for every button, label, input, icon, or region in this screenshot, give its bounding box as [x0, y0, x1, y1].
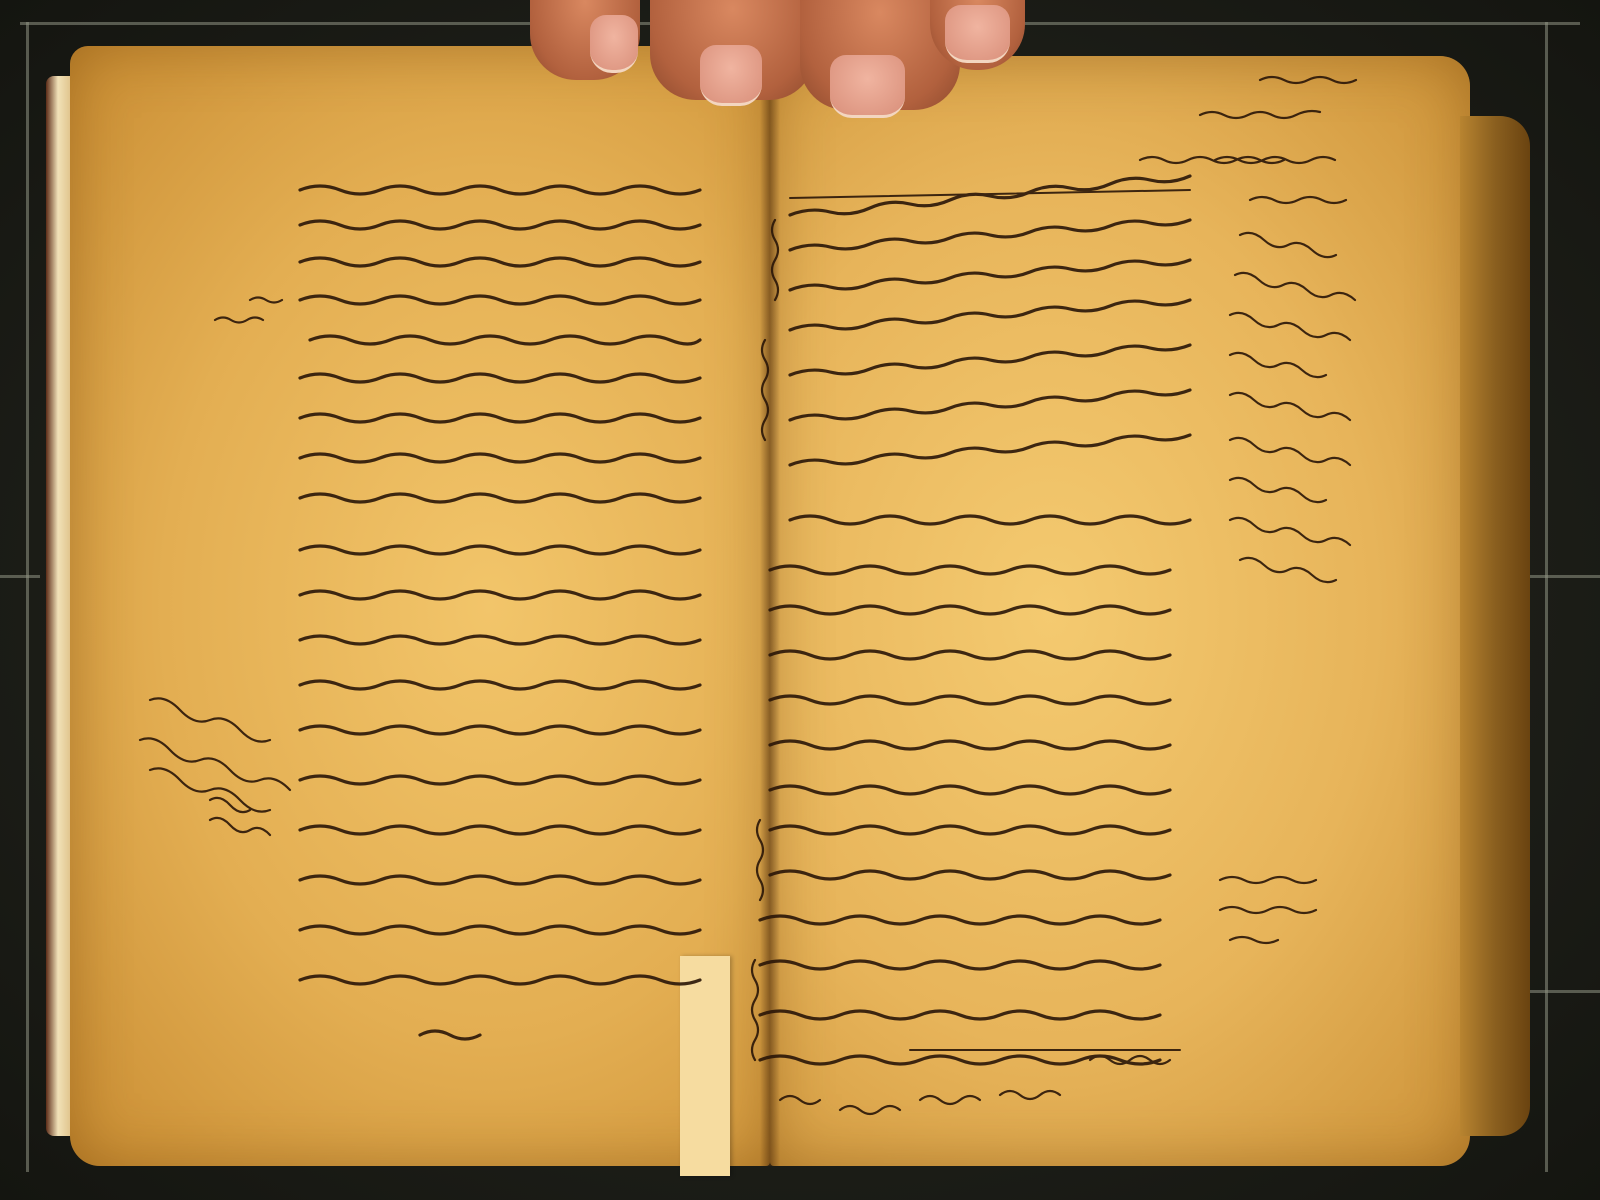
right-main-text — [760, 176, 1190, 1064]
left-margin-notes — [140, 298, 290, 836]
fingernail — [590, 15, 638, 73]
hand-holding-pages — [530, 0, 1000, 100]
fingernail — [830, 55, 905, 118]
left-main-text — [300, 186, 700, 1039]
handwritten-text-layer — [0, 0, 1600, 1200]
fingernail — [700, 45, 762, 106]
right-margin-notes — [752, 77, 1356, 1114]
fingernail — [945, 5, 1010, 63]
